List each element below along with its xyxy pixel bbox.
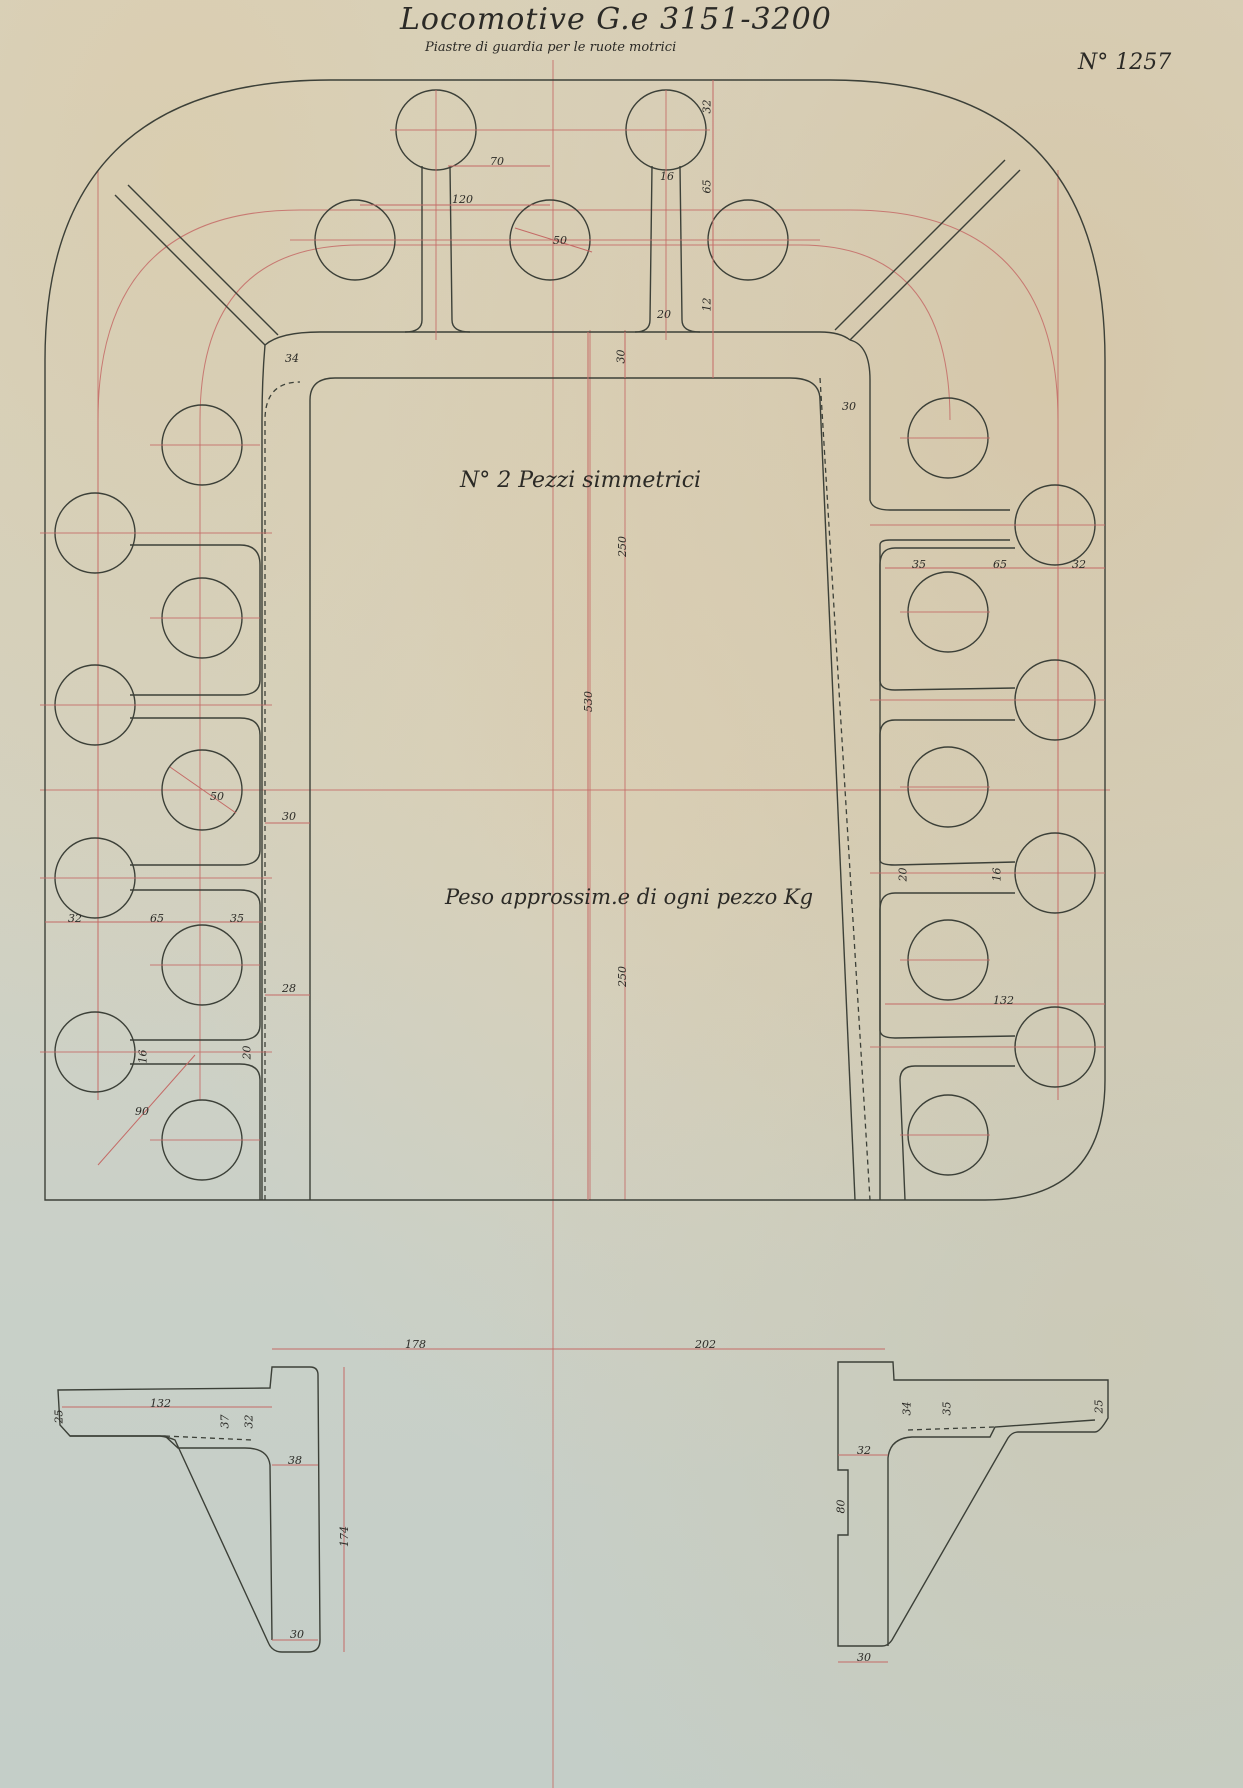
dim-left-row-b: 65 (150, 912, 164, 925)
left-slots (40, 405, 310, 1200)
dim-inner-band: 30 (615, 350, 628, 364)
dim-top-neck-base: 20 (657, 308, 671, 321)
dim-span-right: 202 (695, 1338, 716, 1351)
dim-right-web-top: 32 (857, 1444, 871, 1457)
dim-left-band-lower: 28 (282, 982, 296, 995)
left-section (58, 1367, 344, 1652)
dim-corner-slant: 34 (285, 352, 299, 365)
dim-right-recess: 80 (835, 1500, 848, 1514)
dim-left-flange-mid: 37 (219, 1415, 232, 1429)
dim-left-web-bottom: 30 (290, 1628, 304, 1641)
dim-span-left: 178 (405, 1338, 426, 1351)
dim-top-offset: 120 (452, 193, 473, 206)
dim-right-flange-end: 25 (1093, 1400, 1106, 1414)
dim-right-web-bottom: 30 (857, 1651, 871, 1664)
sheet-number: N° 1257 (1078, 50, 1171, 75)
weight-note: Peso approssim.e di ogni pezzo Kg (445, 885, 813, 909)
dim-right-row-c: 32 (1072, 558, 1086, 571)
right-section (838, 1362, 1108, 1662)
dim-right-neck-base: 20 (897, 868, 910, 882)
dim-right-flange-root: 34 (901, 1402, 914, 1416)
right-slots (870, 398, 1105, 1200)
dim-right-row-a: 35 (912, 558, 926, 571)
dim-left-web-top: 38 (288, 1454, 302, 1467)
dim-left-flange-length: 132 (150, 1397, 171, 1410)
dim-top-hole: 50 (553, 234, 567, 247)
dim-left-band-upper: 30 (282, 810, 296, 823)
pieces-note: N° 2 Pezzi simmetrici (460, 468, 701, 493)
dim-left-row-c: 35 (230, 912, 244, 925)
dim-upper-right-corner: 30 (842, 400, 856, 413)
dim-top-neck: 16 (660, 170, 674, 183)
drawing-sheet: Locomotive G.e 3151-3200 Piastre di guar… (0, 0, 1243, 1788)
dim-left-hole: 50 (210, 790, 224, 803)
dim-top-vert-b: 65 (701, 180, 714, 194)
dim-right-flange-mid: 35 (941, 1402, 954, 1416)
dim-left-neck: 16 (137, 1050, 150, 1064)
dim-right-width: 132 (993, 994, 1014, 1007)
dim-left-flange-root: 32 (243, 1415, 256, 1429)
dim-left-corner: 90 (135, 1105, 149, 1118)
dim-top-pitch: 70 (490, 155, 504, 168)
dim-center-upper: 250 (616, 536, 629, 557)
dim-left-web-height: 174 (338, 1526, 351, 1547)
dim-top-vert-a: 32 (701, 100, 714, 114)
drawing-title: Locomotive G.e 3151-3200 (400, 2, 832, 37)
dim-left-neck-base: 20 (241, 1046, 254, 1060)
dim-center-total: 530 (582, 691, 595, 712)
dim-top-vert-c: 12 (701, 298, 714, 312)
dim-left-row-a: 32 (68, 912, 82, 925)
plate-outline (45, 80, 1105, 1200)
dim-left-flange-end: 25 (53, 1410, 66, 1424)
drawing-subtitle: Piastre di guardia per le ruote motrici (425, 40, 676, 55)
dim-center-lower: 250 (616, 966, 629, 987)
dim-right-neck: 16 (991, 868, 1004, 882)
dim-right-row-b: 65 (993, 558, 1007, 571)
